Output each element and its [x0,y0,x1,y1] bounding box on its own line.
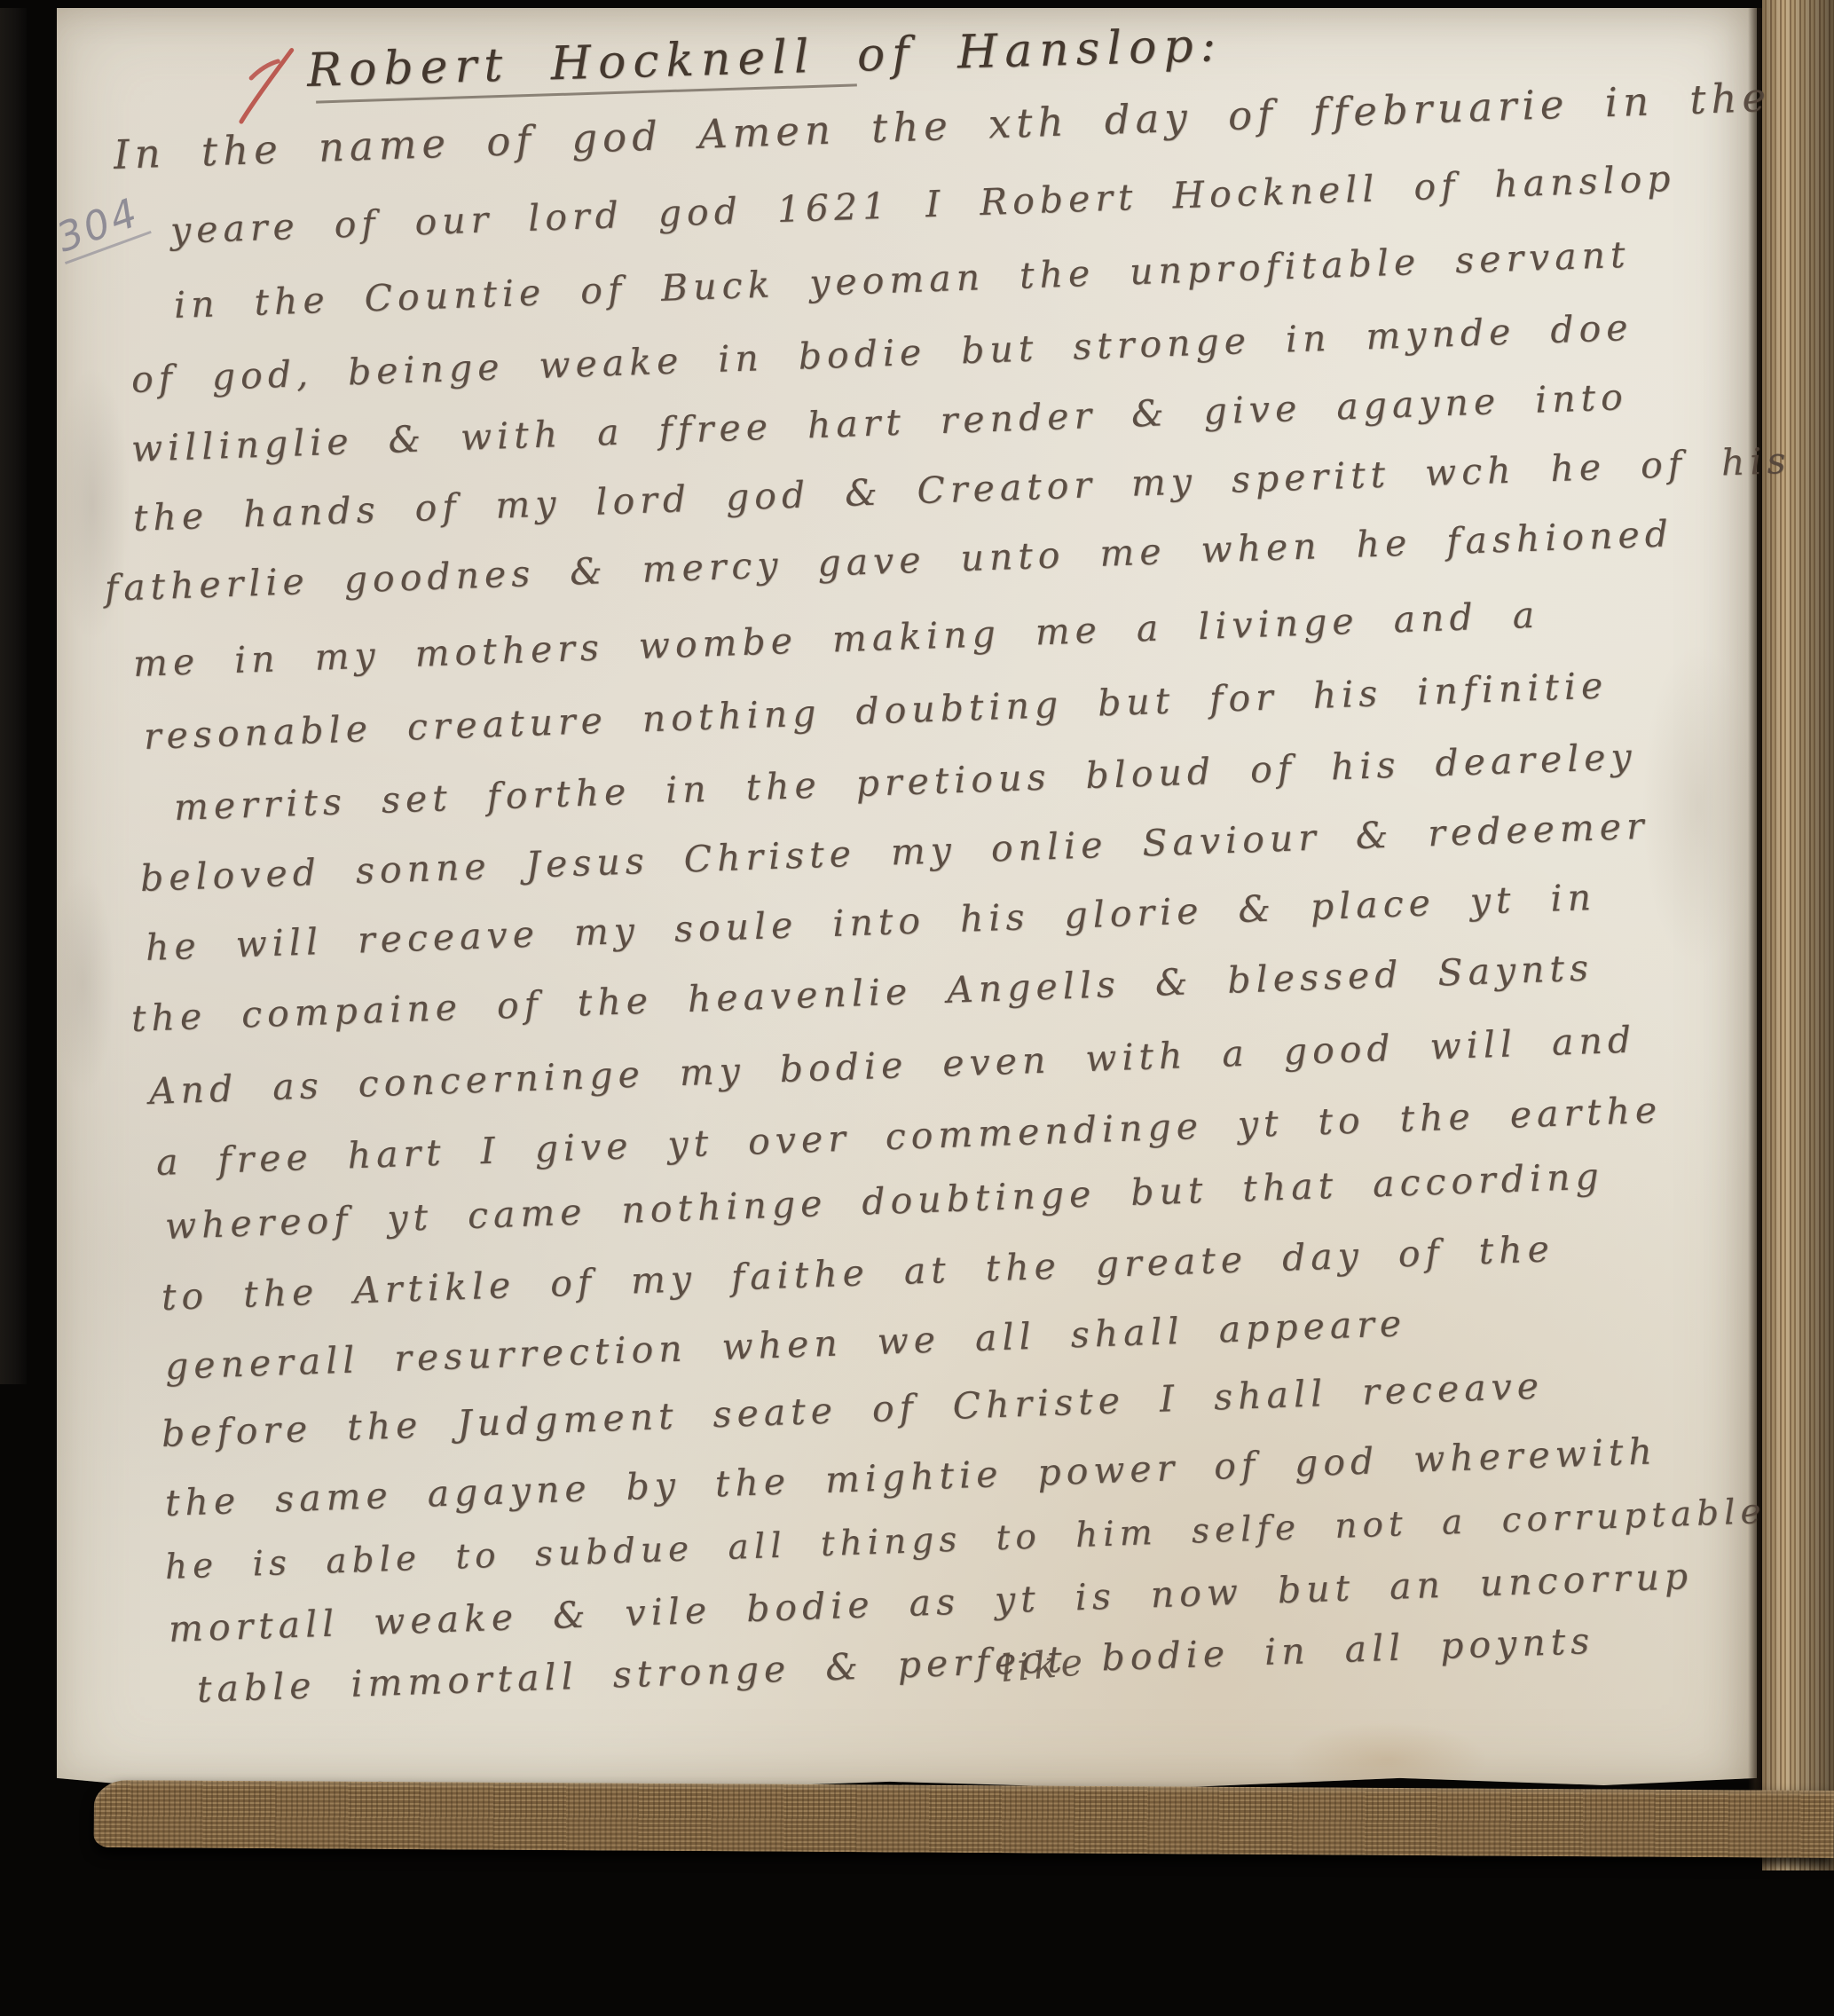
book-cover-cloth-edge [94,1780,1834,1858]
catchword: like [999,1643,1088,1688]
manuscript-photo: Robert Hocknell of Hanslop: 304 In the n… [0,0,1834,2016]
top-border-shadow [0,0,1762,8]
book-fore-edge-pages [1762,0,1834,1870]
red-check-mark [232,40,304,138]
facing-page-sliver [0,0,27,1384]
